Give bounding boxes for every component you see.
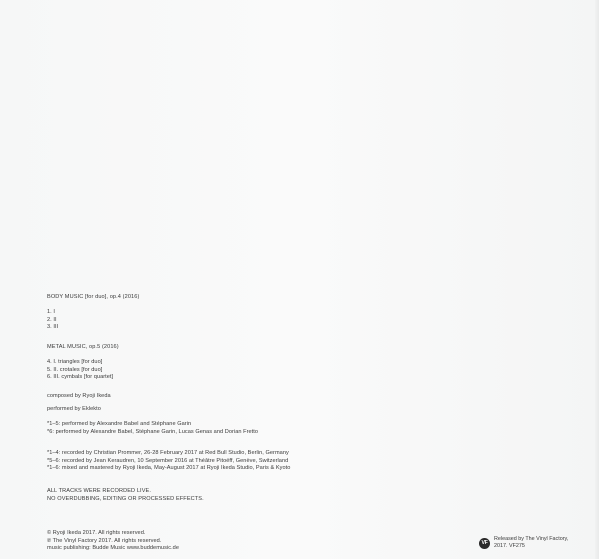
- recording-note: *5–6: recorded by Jean Keraudren, 10 Sep…: [47, 458, 290, 466]
- body-music-tracklist: 1. I 2. II 3. III: [47, 309, 58, 332]
- label-line: Released by The Vinyl Factory,: [494, 536, 568, 543]
- composer-credit: composed by Ryoji Ikeda: [47, 393, 111, 401]
- recording-note: *1–6: mixed and mastered by Ryoji Ikeda,…: [47, 465, 290, 473]
- label-line: 2017. VF275: [494, 543, 568, 550]
- track-item: 1. I: [47, 309, 58, 317]
- body-music-title: BODY MUSIC [for duo], op.4 (2016): [47, 294, 139, 302]
- performer-credit: performed by Eklekto: [47, 406, 101, 414]
- track-item: 5. II. crotales [for duo]: [47, 367, 113, 375]
- track-item: 3. III: [47, 324, 58, 332]
- recording-notes: *1–4: recorded by Christian Prommer, 26-…: [47, 450, 290, 473]
- composer-text: composed by Ryoji Ikeda: [47, 393, 111, 401]
- label-text: Released by The Vinyl Factory, 2017. VF2…: [494, 536, 568, 550]
- live-recording-notice: ALL TRACKS WERE RECORDED LIVE. NO OVERDU…: [47, 488, 204, 503]
- vinyl-factory-logo-icon: VF: [479, 538, 490, 549]
- performer-text: performed by Eklekto: [47, 406, 101, 414]
- notice-line: ALL TRACKS WERE RECORDED LIVE.: [47, 488, 204, 496]
- copyright-block: © Ryoji Ikeda 2017. All rights reserved.…: [47, 530, 179, 553]
- work-title: BODY MUSIC [for duo], op.4 (2016): [47, 294, 139, 302]
- performer-note: *1–5: performed by Alexandre Babel and S…: [47, 421, 258, 429]
- record-sleeve-back: BODY MUSIC [for duo], op.4 (2016) 1. I 2…: [0, 0, 599, 559]
- performer-note: *6: performed by Alexandre Babel, Stépha…: [47, 429, 258, 437]
- work-title: METAL MUSIC, op.5 (2016): [47, 344, 119, 352]
- copyright-line: © Ryoji Ikeda 2017. All rights reserved.: [47, 530, 179, 538]
- copyright-line: ℗ The Vinyl Factory 2017. All rights res…: [47, 538, 179, 546]
- metal-music-tracklist: 4. I. triangles [for duo] 5. II. crotale…: [47, 359, 113, 382]
- track-item: 4. I. triangles [for duo]: [47, 359, 113, 367]
- notice-line: NO OVERDUBBING, EDITING OR PROCESSED EFF…: [47, 496, 204, 504]
- copyright-line: music publishing: Budde Music www.buddem…: [47, 545, 179, 553]
- label-credit: VF Released by The Vinyl Factory, 2017. …: [479, 536, 568, 550]
- track-item: 2. II: [47, 317, 58, 325]
- performer-notes: *1–5: performed by Alexandre Babel and S…: [47, 421, 258, 436]
- metal-music-title: METAL MUSIC, op.5 (2016): [47, 344, 119, 352]
- sleeve-edge: [595, 0, 599, 559]
- recording-note: *1–4: recorded by Christian Prommer, 26-…: [47, 450, 290, 458]
- track-item: 6. III. cymbals [for quartet]: [47, 374, 113, 382]
